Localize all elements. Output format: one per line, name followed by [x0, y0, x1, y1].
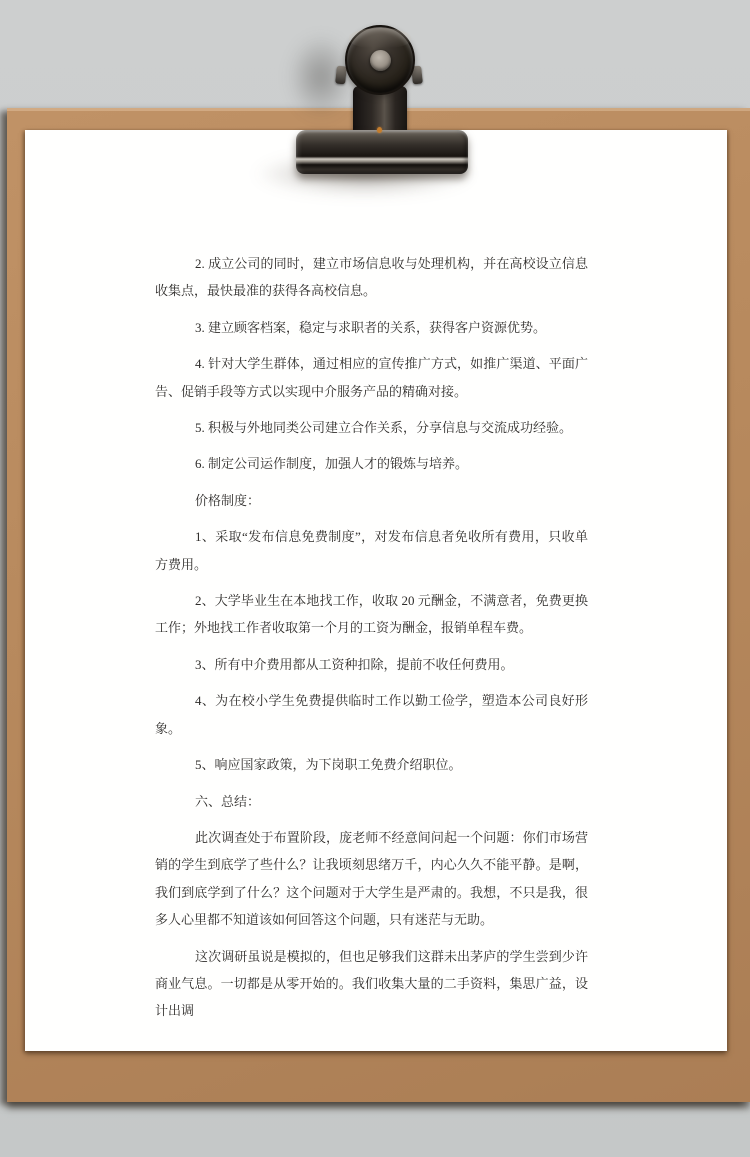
paper-sheet: 2. 成立公司的同时，建立市场信息收与处理机构，并在高校设立信息收集点，最快最准… — [25, 130, 727, 1051]
paragraph: 3. 建立顾客档案，稳定与求职者的关系，获得客户资源优势。 — [155, 314, 588, 341]
paragraph: 4. 针对大学生群体，通过相应的宣传推广方式，如推广渠道、平面广告、促销手段等方… — [155, 350, 588, 405]
paragraph: 这次调研虽说是模拟的，但也足够我们这群未出茅庐的学生尝到少许商业气息。一切都是从… — [155, 943, 588, 1025]
paragraph: 2. 成立公司的同时，建立市场信息收与处理机构，并在高校设立信息收集点，最快最准… — [155, 250, 588, 305]
paragraph: 5. 积极与外地同类公司建立合作关系，分享信息与交流成功经验。 — [155, 414, 588, 441]
paragraph: 6. 制定公司运作制度，加强人才的锻炼与培养。 — [155, 450, 588, 477]
document-text-block: 2. 成立公司的同时，建立市场信息收与处理机构，并在高校设立信息收集点，最快最准… — [155, 250, 588, 1025]
paragraph-heading: 六、总结： — [155, 788, 588, 815]
paragraph: 5、响应国家政策，为下岗职工免费介绍职位。 — [155, 751, 588, 778]
paragraph: 此次调查处于布置阶段，庞老师不经意间问起一个问题：你们市场营销的学生到底学了些什… — [155, 824, 588, 934]
paragraph-heading: 价格制度： — [155, 487, 588, 514]
paragraph: 2、大学毕业生在本地找工作，收取 20 元酬金，不满意者，免费更换工作；外地找工… — [155, 587, 588, 642]
paragraph: 3、所有中介费用都从工资种扣除，提前不收任何费用。 — [155, 651, 588, 678]
paragraph: 1、采取“发布信息免费制度”，对发布信息者免收所有费用，只收单方费用。 — [155, 523, 588, 578]
paragraph: 4、为在校小学生免费提供临时工作以勤工俭学，塑造本公司良好形象。 — [155, 687, 588, 742]
